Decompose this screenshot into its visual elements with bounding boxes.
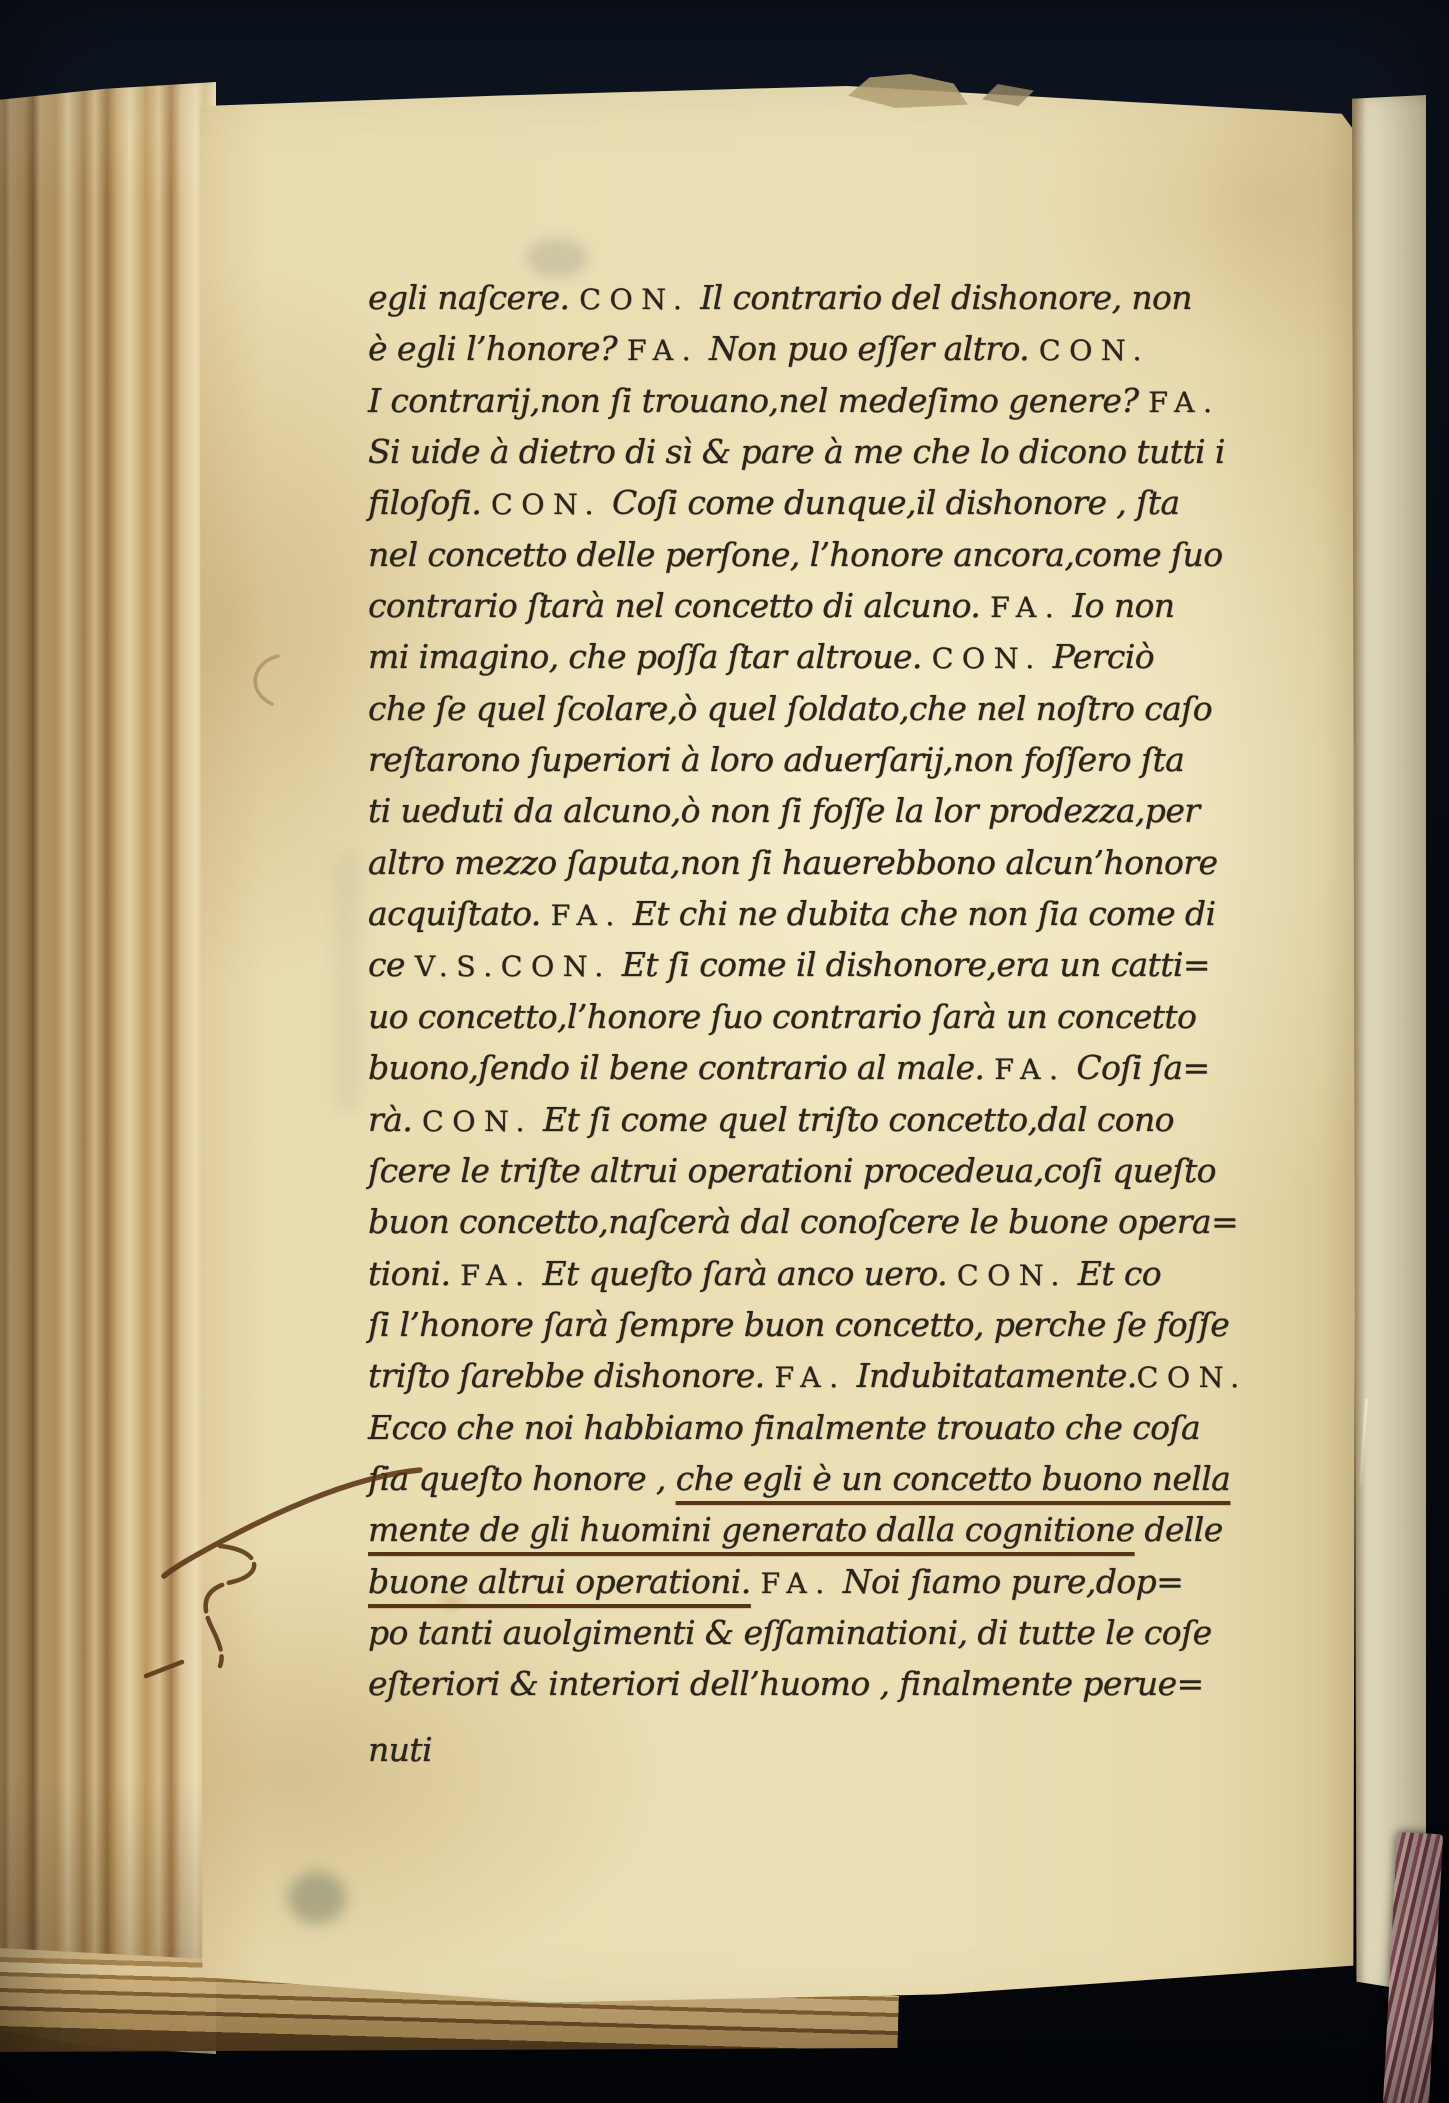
printed-text: tioni. [368,1254,460,1293]
text-line: Si uide à dietro di sì & pare à me che l… [368,426,1232,477]
printed-text: Coſi come dunque,il dishonore , ſta [602,483,1179,522]
speaker-label: CON. [579,283,690,316]
text-line: nel concetto delle perſone, l’honore anc… [368,529,1232,580]
printed-text: Non puo eſſer altro. [699,329,1039,368]
printed-text: triſto ſarebbe dishonore. [368,1356,774,1395]
speaker-label: FA. [1148,386,1220,419]
printed-text: Et ſi come il dishonore,era un catti= [612,945,1210,984]
facing-page-edge [1352,95,1426,1993]
speaker-label: FA. [627,334,699,367]
printed-text: mi imagino, che poſſa ſtar altroue. [368,637,932,676]
printed-text: I contrarij,non ſi trouano,nel medeſimo … [368,381,1148,420]
text-line: eſteriori & interiori dell’huomo , final… [368,1658,1232,1709]
text-line: ſi l’honore ſarà ſempre buon concetto, p… [368,1299,1232,1350]
printed-text: po tanti auolgimenti & eſſaminationi, di… [368,1613,1212,1652]
printed-text: Noi ſiamo pure,dop= [833,1562,1183,1601]
text-line: egli naſcere. CON. Il contrario del dish… [368,272,1232,323]
printed-text: Et chi ne dubita che non ſia come di [623,894,1216,933]
speaker-label: CON. [957,1259,1068,1292]
printed-text: contrario ſtarà nel concetto di alcuno. [368,586,990,625]
printed-text: che ſe quel ſcolare,ò quel ſoldato,che n… [368,689,1212,728]
text-line: ce V.S.CON. Et ſi come il dishonore,era … [368,939,1232,990]
underlined-text: che egli è un concetto buono nella [676,1459,1231,1498]
margin-pen-mark [238,648,284,710]
printed-text: è egli l’honore? [368,329,627,368]
text-block: egli naſcere. CON. Il contrario del dish… [368,272,1232,1775]
printed-text: egli naſcere. [368,278,579,317]
text-line: Ecco che noi habbiamo finalmente trouato… [368,1402,1232,1453]
catchword: nuti [368,1724,1232,1775]
printed-text: altro mezzo ſaputa,non ſi hauerebbono al… [368,843,1217,882]
speaker-label: CON. [932,642,1043,675]
text-line: acquiſtato. FA. Et chi ne dubita che non… [368,888,1232,939]
speaker-label: V.S. [415,950,501,983]
left-page-edges [0,82,216,2054]
text-line: buono,ſendo il bene contrario al male. F… [368,1042,1232,1093]
text-line: altro mezzo ſaputa,non ſi hauerebbono al… [368,837,1232,888]
printed-text: Si uide à dietro di sì & pare à me che l… [368,432,1225,471]
printed-text: rà. [368,1100,422,1139]
text-line: I contrarij,non ſi trouano,nel medeſimo … [368,375,1232,426]
text-line: mi imagino, che poſſa ſtar altroue. CON.… [368,631,1232,682]
speaker-label: CON. [501,950,612,983]
speaker-label: CON. [1039,334,1150,367]
text-line: triſto ſarebbe dishonore. FA. Indubitata… [368,1350,1232,1401]
printed-text: reſtarono ſuperiori à loro aduerſarij,no… [368,740,1184,779]
speaker-label: FA. [460,1259,532,1292]
printed-text: Io non [1062,586,1174,625]
printed-text: eſteriori & interiori dell’huomo , final… [368,1664,1204,1703]
text-line: ſcere le triſte altrui operationi proced… [368,1145,1232,1196]
printed-text: ſcere le triſte altrui operationi proced… [368,1151,1216,1190]
printed-text: ſi l’honore ſarà ſempre buon concetto, p… [368,1305,1229,1344]
ink-smudge [288,1872,346,1924]
speaker-label: FA. [990,591,1062,624]
printed-text: delle [1134,1510,1222,1549]
printed-text: buon concetto,naſcerà dal conoſcere le b… [368,1202,1238,1241]
text-line: ſia queſto honore , che egli è un concet… [368,1453,1232,1504]
text-line: ti ueduti da alcuno,ò non ſi foſſe la lo… [368,785,1232,836]
paper-stain [334,852,360,1112]
speaker-label: FA. [551,899,623,932]
printed-text: filoſofi. [368,483,491,522]
printed-text: uo concetto,l’honore ſuo contrario ſarà … [368,997,1196,1036]
text-line: che ſe quel ſcolare,ò quel ſoldato,che n… [368,683,1232,734]
text-line: contrario ſtarà nel concetto di alcuno. … [368,580,1232,631]
text-line: buone altrui operationi. FA. Noi ſiamo p… [368,1556,1232,1607]
text-line: è egli l’honore? FA. Non puo eſſer altro… [368,323,1232,374]
printed-text: Et queſto ſarà anco uero. [533,1254,957,1293]
speaker-label: CON. [491,488,602,521]
text-line: uo concetto,l’honore ſuo contrario ſarà … [368,991,1232,1042]
printed-text: Il contrario del dishonore, non [690,278,1192,317]
speaker-label: FA. [994,1053,1066,1086]
text-line: rà. CON. Et ſi come quel triſto concetto… [368,1094,1232,1145]
text-line: filoſofi. CON. Coſi come dunque,il disho… [368,477,1232,528]
text-line: buon concetto,naſcerà dal conoſcere le b… [368,1196,1232,1247]
text-line: tioni. FA. Et queſto ſarà anco uero. CON… [368,1248,1232,1299]
speaker-label: FA. [761,1567,833,1600]
printed-text: ti ueduti da alcuno,ò non ſi foſſe la lo… [368,791,1199,830]
text-line: mente de gli huomini generato dalla cogn… [368,1504,1232,1555]
printed-text: Indubitatamente. [847,1356,1137,1395]
printed-text [751,1562,761,1601]
printed-text: Et ſi come quel triſto concetto,dal cono [533,1100,1174,1139]
printed-text: Ecco che noi habbiamo finalmente trouato… [368,1408,1200,1447]
margin-flourish-annotation [128,1428,428,1688]
printed-text: acquiſtato. [368,894,551,933]
printed-text: buono,ſendo il bene contrario al male. [368,1048,994,1087]
printed-text: Coſi ſa= [1067,1048,1210,1087]
speaker-label: FA. [774,1361,846,1394]
printed-text: nel concetto delle perſone, l’honore anc… [368,535,1222,574]
printed-text: Et co [1068,1254,1161,1293]
speaker-label: CON. [1137,1361,1248,1394]
underlined-text: mente de gli huomini generato dalla cogn… [368,1510,1134,1549]
printed-text: Perciò [1043,637,1154,676]
text-line: po tanti auolgimenti & eſſaminationi, di… [368,1607,1232,1658]
printed-text: ce [368,945,415,984]
text-line: reſtarono ſuperiori à loro aduerſarij,no… [368,734,1232,785]
speaker-label: CON. [422,1105,533,1138]
